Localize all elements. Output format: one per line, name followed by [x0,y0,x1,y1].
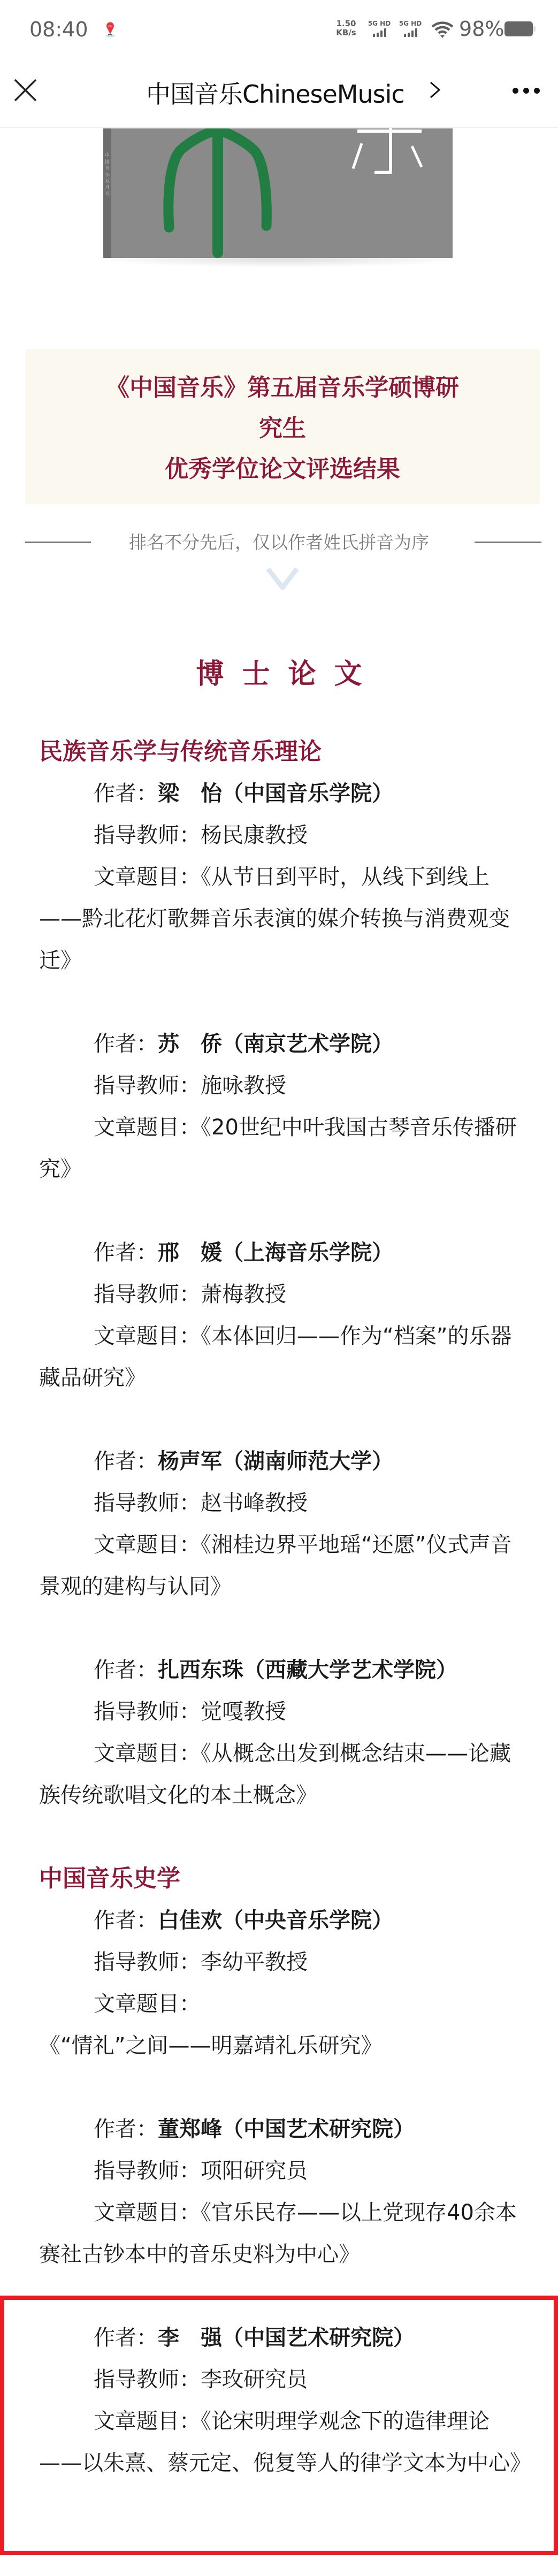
announcement-title: 《中国音乐》第五届音乐学硕博研 究生 优秀学位论文评选结果 [25,368,540,490]
signal-sim2: 5G HD [397,20,424,37]
author-row: 作者：苏 侨（南京艺术学院） [39,1023,527,1065]
advisor-label: 指导教师： [94,1699,201,1724]
network-speed-value: 1.50 [332,19,360,28]
highlight-box [0,2296,558,2555]
advisor-label: 指导教师： [94,1073,201,1098]
chevron-down-icon [266,567,299,590]
divider-left [25,542,91,543]
advisor-name: 赵书峰教授 [201,1491,308,1515]
title-label: 文章题目： [94,2200,201,2225]
list-item: 作者：邢 媛（上海音乐学院） 指导教师：萧梅教授 文章题目：《本体回归——作为“… [39,1232,527,1399]
author-row: 作者：扎西东珠（西藏大学艺术学院） [39,1649,527,1691]
award-list: 民族音乐学与传统音乐理论 作者：梁 怡（中国音乐学院） 指导教师：杨民康教授 文… [39,731,527,2484]
battery-tip [533,26,536,32]
cover-image [111,128,453,258]
section-heading: 中国音乐史学 [39,1858,527,1900]
title-row: 文章题目：《从节日到平时，从线下到线上——黔北花灯歌舞音乐表演的媒介转换与消费观… [39,856,527,981]
advisor-name: 萧梅教授 [201,1282,286,1307]
author-name: 苏 侨（南京艺术学院） [158,1032,393,1056]
list-item: 作者：白佳欢（中央音乐学院） 指导教师：李幼平教授 文章题目：《“情礼”之间——… [39,1900,527,2067]
advisor-row: 指导教师：杨民康教授 [39,814,527,856]
advisor-label: 指导教师： [94,1282,201,1307]
title-label: 文章题目： [94,1324,201,1348]
signal-bars-icon [397,28,424,37]
divider-right [475,542,541,543]
title-label: 文章题目： [94,865,201,889]
author-name: 董郑峰（中国艺术研究院） [158,2117,415,2141]
author-label: 作者： [94,1658,158,1682]
section: 民族音乐学与传统音乐理论 作者：梁 怡（中国音乐学院） 指导教师：杨民康教授 文… [39,731,527,1816]
author-row: 作者：邢 媛（上海音乐学院） [39,1232,527,1274]
title-label: 文章题目： [94,1741,201,1766]
author-name: 邢 媛（上海音乐学院） [158,1240,393,1265]
advisor-row: 指导教师：觉嘎教授 [39,1691,527,1733]
author-label: 作者： [94,1908,158,1933]
author-name: 梁 怡（中国音乐学院） [158,781,393,806]
battery-percent: 98% [459,17,504,41]
signal-sim1: 5G HD [366,20,393,37]
advisor-label: 指导教师： [94,2159,201,2183]
list-item: 作者：苏 侨（南京艺术学院） 指导教师：施咏教授 文章题目：《20世纪中叶我国古… [39,1023,527,1190]
author-row: 作者：董郑峰（中国艺术研究院） [39,2108,527,2150]
svg-text:du: du [108,25,112,28]
announcement-title-line: 究生 [25,408,540,449]
advisor-name: 觉嘎教授 [201,1699,286,1724]
title-row: 文章题目：《20世纪中叶我国古琴音乐传播研究》 [39,1107,527,1190]
section-heading: 民族音乐学与传统音乐理论 [39,731,527,773]
announcement-title-line: 优秀学位论文评选结果 [25,449,540,490]
account-title-link[interactable]: 中国音乐ChineseMusic [146,75,404,110]
title-row: 文章题目：《“情礼”之间——明嘉靖礼乐研究》 [39,1983,527,2067]
advisor-label: 指导教师： [94,1950,201,1975]
author-row: 作者：白佳欢（中央音乐学院） [39,1900,527,1941]
thesis-title: 《“情礼”之间——明嘉靖礼乐研究》 [39,2033,382,2058]
advisor-row: 指导教师：施咏教授 [39,1065,527,1107]
chevron-right-icon[interactable] [428,80,442,100]
author-row: 作者：杨声军（湖南师范大学） [39,1441,527,1482]
list-item: 作者：董郑峰（中国艺术研究院） 指导教师：项阳研究员 文章题目：《官乐民存——以… [39,2108,527,2275]
doctoral-theses-heading: 博士论文 [0,651,558,691]
network-speed: 1.50 KB/s [332,19,360,37]
battery-icon [505,21,533,36]
sim2-label: 5G HD [397,20,424,27]
advisor-name: 李幼平教授 [201,1950,308,1975]
advisor-row: 指导教师：萧梅教授 [39,1274,527,1315]
list-item: 作者：梁 怡（中国音乐学院） 指导教师：杨民康教授 文章题目：《从节日到平时，从… [39,773,527,981]
author-label: 作者： [94,1032,158,1056]
network-speed-unit: KB/s [332,28,360,37]
author-name: 白佳欢（中央音乐学院） [158,1908,393,1933]
author-row: 作者：梁 怡（中国音乐学院） [39,773,527,814]
title-label: 文章题目： [94,1115,201,1140]
advisor-name: 施咏教授 [201,1073,286,1098]
list-item: 作者：杨声军（湖南师范大学） 指导教师：赵书峰教授 文章题目：《湘桂边界平地瑶“… [39,1441,527,1607]
sim1-label: 5G HD [366,20,393,27]
advisor-row: 指导教师：项阳研究员 [39,2150,527,2192]
title-label: 文章题目： [94,1992,201,2016]
advisor-row: 指导教师：李幼平教授 [39,1941,527,1983]
author-name: 杨声军（湖南师范大学） [158,1449,393,1474]
more-dots-icon[interactable] [509,83,542,97]
advisor-name: 杨民康教授 [201,823,308,848]
wifi-icon [431,20,454,39]
author-name: 扎西东珠（西藏大学艺术学院） [158,1658,457,1682]
advisor-name: 项阳研究员 [201,2159,308,2183]
title-row: 文章题目：《湘桂边界平地瑶“还愿”仪式声音景观的建构与认同》 [39,1524,527,1607]
list-item: 作者：扎西东珠（西藏大学艺术学院） 指导教师：觉嘎教授 文章题目：《从概念出发到… [39,1649,527,1816]
title-row: 文章题目：《从概念出发到概念结束——论藏族传统歌唱文化的本土概念》 [39,1733,527,1816]
close-icon[interactable] [12,76,39,104]
title-row: 文章题目：《官乐民存——以上党现存40余本赛社古钞本中的音乐史料为中心》 [39,2192,527,2275]
advisor-label: 指导教师： [94,1491,201,1515]
advisor-label: 指导教师： [94,823,201,848]
author-label: 作者： [94,1240,158,1265]
author-label: 作者： [94,1449,158,1474]
title-row: 文章题目：《本体回归——作为“档案”的乐器藏品研究》 [39,1315,527,1399]
ranking-note: 排名不分先后，仅以作者姓氏拼音为序 [107,529,451,554]
signal-bars-icon [366,28,393,37]
announcement-title-line: 《中国音乐》第五届音乐学硕博研 [25,368,540,408]
status-time: 08:40 [29,18,88,41]
advisor-row: 指导教师：赵书峰教授 [39,1482,527,1524]
author-label: 作者： [94,781,158,806]
baidu-map-pin-icon: du [105,21,116,37]
cover-spine-text: 中国音乐双月刊 [105,153,109,197]
title-label: 文章题目： [94,1533,201,1557]
author-label: 作者： [94,2117,158,2141]
cover-glyph-icon [111,128,453,258]
